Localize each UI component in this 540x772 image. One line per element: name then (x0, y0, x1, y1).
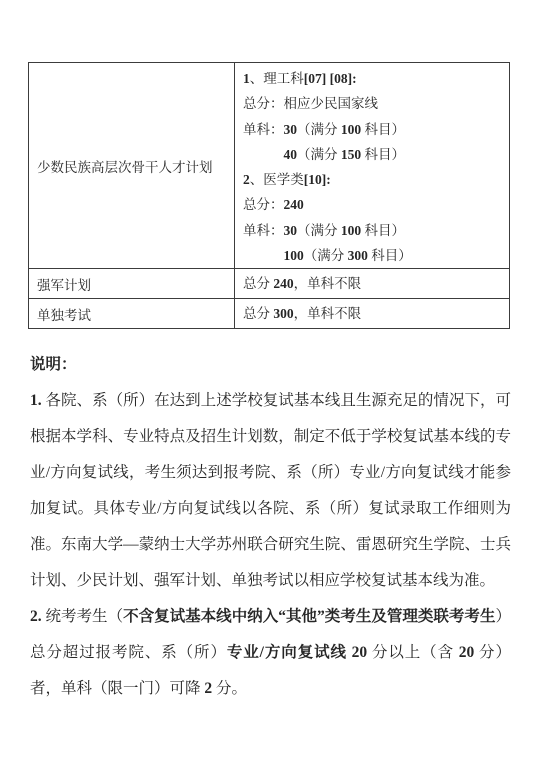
detail-line: 100（满分 300 科目） (243, 243, 503, 268)
detail-line: 单科：30（满分 100 科目） (243, 218, 503, 243)
detail-line: 40（满分 150 科目） (243, 142, 503, 167)
note-paragraph-1: 1. 各院、系（所）在达到上述学校复试基本线且生源充足的情况下，可根据本学科、专… (30, 383, 511, 599)
document-page: { "colors": { "background": "#ffffff", "… (0, 0, 540, 772)
plan-name-label: 少数民族高层次骨干人才计划 (37, 156, 213, 176)
plan-name-label: 强军计划 (37, 274, 91, 294)
plan-name-cell: 强军计划 (29, 269, 235, 298)
notes-heading: 说明： (30, 347, 511, 383)
plan-name-label: 单独考试 (37, 304, 91, 324)
detail-line: 总分 240，单科不限 (243, 271, 361, 296)
detail-line: 总分 300，单科不限 (243, 301, 361, 326)
detail-line: 总分：相应少民国家线 (243, 91, 503, 116)
table-row-army-plan: 强军计划 总分 240，单科不限 (29, 268, 509, 298)
detail-line: 总分：240 (243, 192, 503, 217)
admission-score-table: 少数民族高层次骨干人才计划 1、理工科[07] [08]: 总分：相应少民国家线… (28, 62, 510, 329)
table-row-minority-plan: 少数民族高层次骨干人才计划 1、理工科[07] [08]: 总分：相应少民国家线… (29, 63, 509, 268)
plan-name-cell: 单独考试 (29, 299, 235, 328)
notes-section: 说明： 1. 各院、系（所）在达到上述学校复试基本线且生源充足的情况下，可根据本… (30, 347, 511, 707)
plan-name-cell: 少数民族高层次骨干人才计划 (29, 63, 235, 268)
detail-line: 单科：30（满分 100 科目） (243, 117, 503, 142)
detail-line: 2、医学类[10]: (243, 167, 503, 192)
note-paragraph-2: 2. 统考考生（不含复试基本线中纳入“其他”类考生及管理类联考考生）总分超过报考… (30, 599, 511, 707)
score-details-cell: 1、理工科[07] [08]: 总分：相应少民国家线 单科：30（满分 100 … (235, 63, 509, 268)
table-row-separate-exam: 单独考试 总分 300，单科不限 (29, 298, 509, 328)
detail-line: 1、理工科[07] [08]: (243, 66, 503, 91)
score-details-cell: 总分 240，单科不限 (235, 269, 509, 298)
score-details-cell: 总分 300，单科不限 (235, 299, 509, 328)
